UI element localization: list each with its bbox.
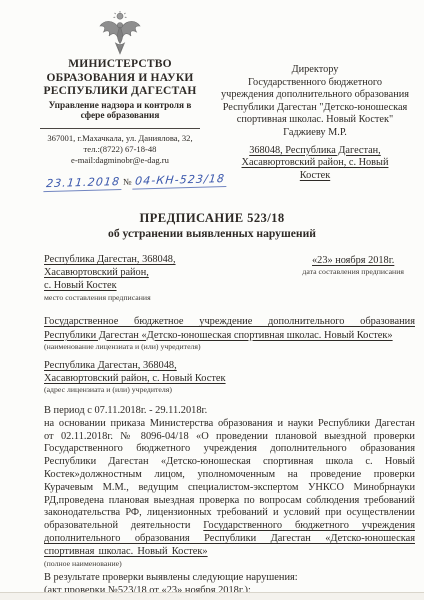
contact-info: 367001, г.Махачкала, ул. Даниялова, 32, … [30, 133, 210, 165]
addressee-block: Директору Государственного бюджетного уч… [212, 10, 418, 190]
addressee-line: учреждения дополнительного образования [212, 89, 418, 102]
document-subtitle: об устранении выявленных нарушений [0, 227, 424, 240]
document-title-block: ПРЕДПИСАНИЕ 523/18 об устранении выявлен… [0, 211, 424, 240]
contact-line: тел.:(8722) 67-18-48 [30, 144, 210, 155]
letterhead: МИНИСТЕРСТВО ОБРАЗОВАНИЯ И НАУКИ РЕСПУБЛ… [0, 0, 424, 190]
place-date-row: Республика Дагестан, 368048, Хасавюртовс… [44, 253, 404, 302]
body-paragraph: на основании приказа Министерства образо… [44, 418, 415, 559]
addressee-line: спортивная школас. Новый Костек" [212, 114, 418, 127]
addressee-address-line: Костек [212, 170, 418, 183]
licensee-address-line: Республика Дагестан, 368048, [44, 359, 415, 372]
document-title: ПРЕДПИСАНИЕ 523/18 [0, 211, 424, 226]
contact-line: e-mail:dagminobr@e-dag.ru [30, 155, 210, 166]
department-name: Управление надзора и контроля в сфере об… [38, 101, 202, 123]
inspection-period-line: В период с 07.11.2018г. - 29.11.2018г. [44, 404, 415, 417]
document-page: МИНИСТЕРСТВО ОБРАЗОВАНИЯ И НАУКИ РЕСПУБЛ… [0, 0, 424, 600]
place-caption: место составления предписания [44, 293, 176, 302]
handwritten-date: 23.11.2018 [43, 175, 122, 192]
licensee-address-caption: (адрес лицензиата и (или) учредителя) [44, 385, 415, 394]
letterhead-divider [40, 128, 200, 129]
contact-line: 367001, г.Махачкала, ул. Даниялова, 32, [30, 133, 210, 144]
licensee-name-caption: (наименование лицензиата и (или) учредит… [44, 342, 415, 351]
licensee-name-block: Государственное бюджетное учреждение доп… [44, 315, 415, 350]
addressee-line: Директору [212, 64, 418, 77]
sender-block: МИНИСТЕРСТВО ОБРАЗОВАНИЯ И НАУКИ РЕСПУБЛ… [30, 10, 210, 190]
ministry-line: РЕСПУБЛИКИ ДАГЕСТАН [30, 85, 210, 99]
date-caption: дата составления предписания [302, 267, 404, 276]
result-line: В результате проверки выявлены следующие… [44, 571, 415, 584]
date-value: «23» ноября 2018г. [302, 254, 404, 267]
place-line: Республика Дагестан, 368048, [44, 253, 176, 266]
addressee-line: Республики Дагестан "Детско-юношеская [212, 102, 418, 115]
addressee-address: 368048, Республика Дагестан, Хасавюртовс… [212, 145, 418, 183]
ministry-line: МИНИСТЕРСТВО [30, 58, 210, 72]
ministry-name: МИНИСТЕРСТВО ОБРАЗОВАНИЯ И НАУКИ РЕСПУБЛ… [30, 58, 210, 99]
addressee-address-line: Хасавюртовский район, с. Новый [212, 157, 418, 170]
place-line: с. Новый Костек [44, 279, 176, 292]
ministry-line: ОБРАЗОВАНИЯ И НАУКИ [30, 72, 210, 86]
licensee-address-block: Республика Дагестан, 368048, Хасавюртовс… [44, 359, 415, 394]
registration-line: 23.11.2018№04-КН-523/18 [30, 170, 210, 193]
body-paragraph-text: на основании приказа Министерства образо… [44, 418, 415, 531]
dagestan-coat-of-arms-icon [30, 10, 210, 56]
document-body: Государственное бюджетное учреждение доп… [44, 315, 415, 596]
licensee-name: Государственное бюджетное учреждение доп… [44, 316, 415, 340]
place-block: Республика Дагестан, 368048, Хасавюртовс… [44, 253, 176, 302]
date-block: «23» ноября 2018г. дата составления пред… [302, 254, 404, 302]
place-line: Хасавюртовский район, [44, 266, 176, 279]
addressee-name: Гаджиеву М.Р. [212, 127, 418, 140]
number-sign: № [123, 177, 132, 187]
addressee-line: Государственного бюджетного [212, 77, 418, 90]
addressee-address-line: 368048, Республика Дагестан, [212, 145, 418, 158]
full-name-caption: (полное наименование) [44, 559, 415, 568]
scan-bottom-strip [0, 593, 424, 600]
licensee-address-line: Хасавюртовский район, с. Новый Костек [44, 372, 415, 385]
